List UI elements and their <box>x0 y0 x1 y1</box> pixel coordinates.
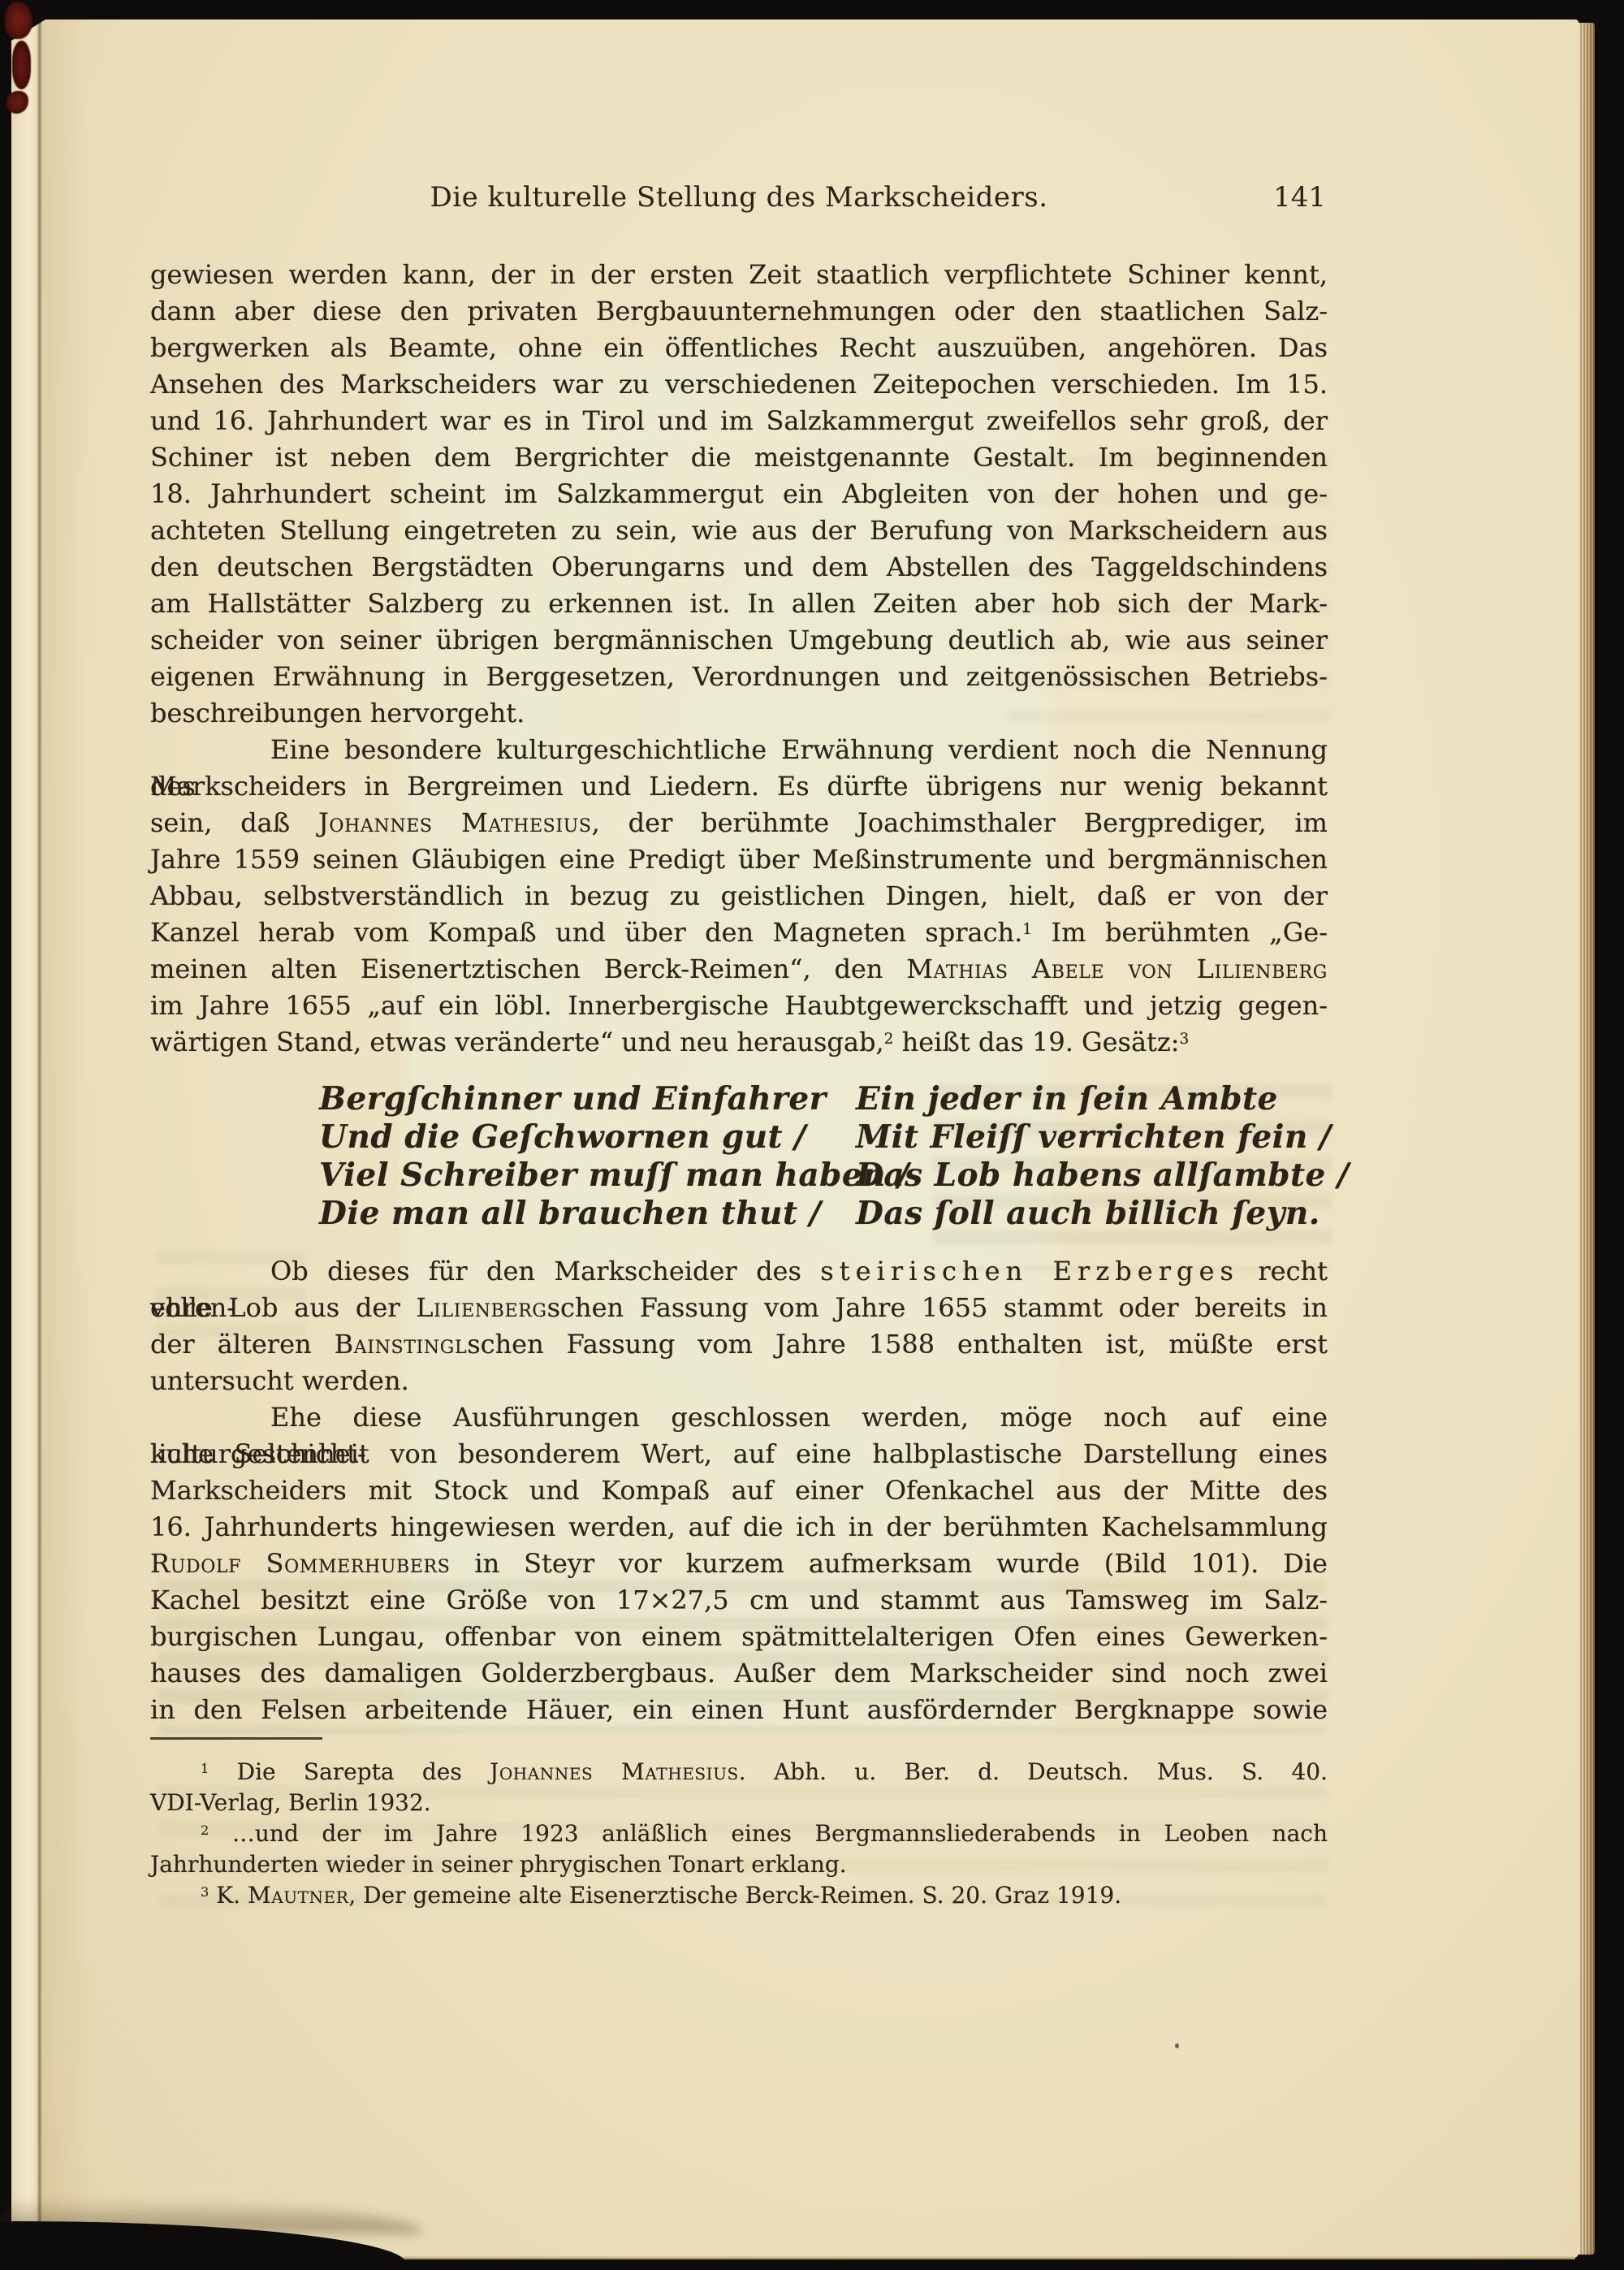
text-line: Abbau, selbstverständlich in bezug zu ge… <box>150 878 1328 914</box>
text-line: hauses des damaligen Golderzbergbaus. Au… <box>150 1655 1328 1692</box>
text-line: Ansehen des Markscheiders war zu verschi… <box>150 366 1328 403</box>
text-line: scheider von seiner übrigen bergmännisch… <box>150 622 1328 659</box>
gutter-crease <box>37 19 42 2225</box>
poem-line: Die man all brauchen thut / <box>319 1195 909 1233</box>
page-number: 141 <box>1273 177 1326 218</box>
paper-speck <box>1175 2043 1179 2048</box>
red-binding-mark <box>12 41 31 89</box>
body-text-lower: Ob dieses für den Markscheider des steir… <box>150 1253 1328 1728</box>
footnotes: 1 Die Sarepta des Johannes Mathesius. Ab… <box>150 1757 1328 1911</box>
text-line: Ehe diese Ausführungen geschlossen werde… <box>150 1399 1328 1436</box>
text-line: bergwerken als Beamte, ohne ein öffentli… <box>150 330 1328 366</box>
text-line: Ob dieses für den Markscheider des steir… <box>150 1253 1328 1290</box>
poem-line: Das Lob habens allſambte / <box>856 1157 1350 1195</box>
gutter-margin <box>11 19 39 2258</box>
poem-line: Das ſoll auch billich ſeyn. <box>856 1195 1350 1233</box>
gutter-shadow <box>42 19 91 2225</box>
poem-line: Und die Geſchwornen gut / <box>319 1118 909 1157</box>
page-header: Die kulturelle Stellung des Markscheider… <box>150 177 1328 218</box>
text-line: dann aber diese den privaten Bergbauunte… <box>150 293 1328 330</box>
text-line: untersucht werden. <box>150 1363 1328 1399</box>
page-stack-edge <box>1579 23 1595 2255</box>
text-line: Eine besondere kulturgeschichtliche Erwä… <box>150 732 1328 768</box>
text-line: 2 …und der im Jahre 1923 anläßlich eines… <box>150 1818 1328 1849</box>
body-text-upper: gewiesen werden kann, der in der ersten … <box>150 257 1328 1061</box>
book-photo: { "header": { "title": "Die kulturelle S… <box>0 0 1624 2270</box>
text-line: Jahre 1559 seinen Gläubigen eine Predigt… <box>150 841 1328 878</box>
footnote-separator-rule <box>150 1737 322 1740</box>
red-binding-mark <box>5 2 32 39</box>
backdrop-bottom <box>0 2259 1624 2270</box>
text-line: im Jahre 1655 „auf ein löbl. Innerbergis… <box>150 988 1328 1024</box>
text-line: wärtigen Stand, etwas veränderte“ und ne… <box>150 1024 1328 1061</box>
poem-line: Viel Schreiber muſſ man haben / <box>319 1157 909 1195</box>
text-line: und 16. Jahrhundert war es in Tirol und … <box>150 403 1328 439</box>
text-line: achteten Stellung eingetreten zu sein, w… <box>150 512 1328 549</box>
text-line: in den Felsen arbeitende Häuer, ein eine… <box>150 1692 1328 1728</box>
text-line: VDI-Verlag, Berlin 1932. <box>150 1788 1328 1818</box>
text-line: Rudolf Sommerhubers in Steyr vor kurzem … <box>150 1546 1328 1582</box>
text-line: Jahrhunderten wieder in seiner phrygisch… <box>150 1849 1328 1880</box>
text-line: am Hallstätter Salzberg zu erkennen ist.… <box>150 586 1328 622</box>
poem-line: Ein jeder in ſein Ambte <box>856 1080 1350 1118</box>
text-line: 18. Jahrhundert scheint im Salzkammergut… <box>150 476 1328 512</box>
text-line: volle Lob aus der Lilienbergschen Fassun… <box>150 1290 1328 1326</box>
text-line: 1 Die Sarepta des Johannes Mathesius. Ab… <box>150 1757 1328 1788</box>
poem-right-column: Ein jeder in ſein AmbteMit Fleiſſ verric… <box>856 1080 1350 1233</box>
poem-left-column: Bergſchinner und EinfahrerUnd die Geſchw… <box>319 1080 909 1233</box>
poem-line: Mit Fleiſſ verrichten fein / <box>856 1118 1350 1157</box>
running-title: Die kulturelle Stellung des Markscheider… <box>150 177 1328 218</box>
text-line: eigenen Erwähnung in Berggesetzen, Veror… <box>150 659 1328 695</box>
text-line: beschreibungen hervorgeht. <box>150 695 1328 732</box>
text-line: Schiner ist neben dem Bergrichter die me… <box>150 439 1328 476</box>
text-line: 3 K. Mautner, Der gemeine alte Eisenerzt… <box>150 1880 1328 1911</box>
text-line: liche Seltenheit von besonderem Wert, au… <box>150 1436 1328 1472</box>
poem-line: Bergſchinner und Einfahrer <box>319 1080 909 1118</box>
text-line: meinen alten Eisenertztischen Berck-Reim… <box>150 951 1328 988</box>
text-line: Kanzel herab vom Kompaß und über den Mag… <box>150 914 1328 951</box>
text-line: Markscheiders in Bergreimen und Liedern.… <box>150 768 1328 805</box>
text-line: 16. Jahrhunderts hingewiesen werden, auf… <box>150 1509 1328 1546</box>
text-line: den deutschen Bergstädten Oberungarns un… <box>150 549 1328 586</box>
text-line: Markscheiders mit Stock und Kompaß auf e… <box>150 1472 1328 1509</box>
text-line: sein, daß Johannes Mathesius, der berühm… <box>150 805 1328 841</box>
text-line: gewiesen werden kann, der in der ersten … <box>150 257 1328 293</box>
text-line: Kachel besitzt eine Größe von 17×27,5 cm… <box>150 1582 1328 1619</box>
text-line: der älteren Bainstinglschen Fassung vom … <box>150 1326 1328 1363</box>
text-line: burgischen Lungau, offenbar von einem sp… <box>150 1619 1328 1655</box>
